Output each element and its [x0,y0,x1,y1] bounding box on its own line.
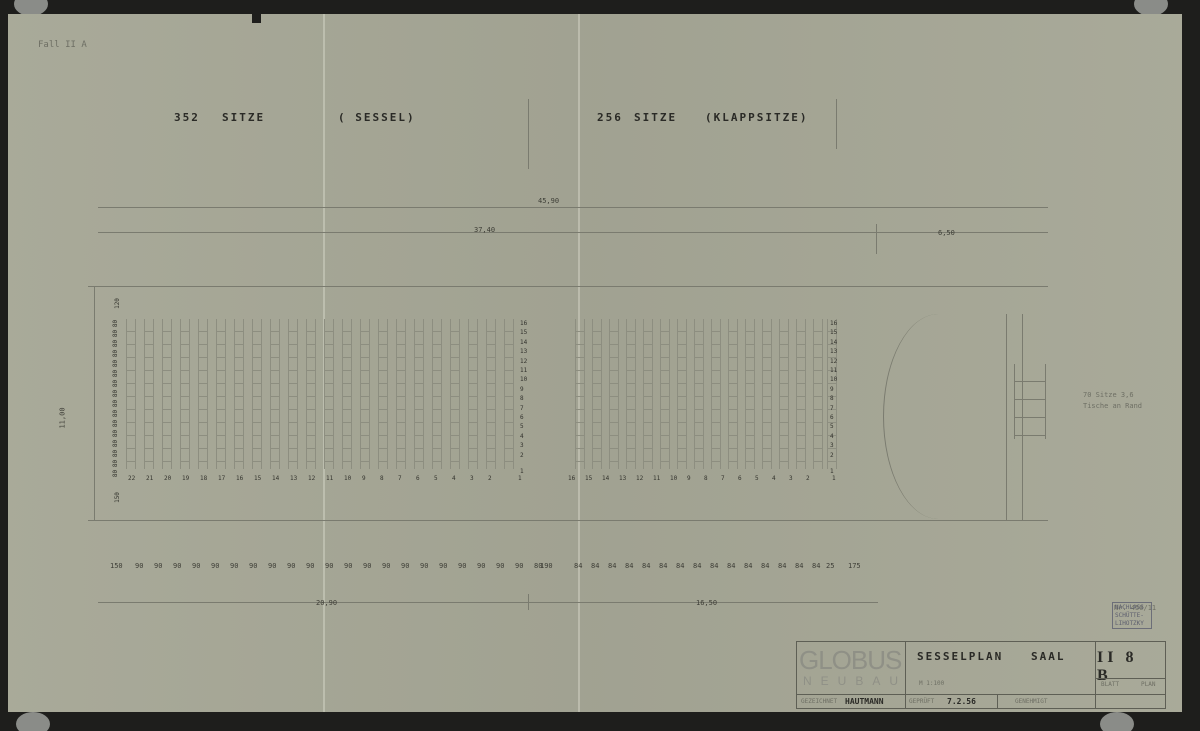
mount-pin [1100,712,1134,731]
left-seat-type: ( SESSEL) [338,111,416,124]
dimension-left-section: 20,90 [316,599,337,607]
checked-label: GEPRÜFT [909,698,934,705]
side-note: 70 Sitze 3,6 Tische an Rand [1083,390,1163,412]
plan-label: PLAN [1141,681,1155,688]
corner-note: Fall II A [38,40,87,50]
dimension-right-section: 16,50 [696,599,717,607]
left-seat-count: 352 [174,111,200,124]
stage-wall [1006,314,1007,520]
dimension-total: 45,90 [538,197,559,205]
room-name: SAAL [1031,650,1066,663]
section-dimension-line [98,602,878,603]
bottom-wall [88,520,1048,521]
stairs [1014,364,1046,439]
dimension-line-total [98,207,1048,208]
stage-outline [883,314,994,519]
tear-notch [252,14,261,23]
dimension-line-seating [98,232,1048,233]
title-block: GLOBUS NEUBAU SESSELPLAN SAAL M 1:100 II… [796,641,1166,709]
dimension-stage: 6,50 [938,229,955,237]
plan-title: SESSELPLAN [917,650,1003,663]
bottom-spacing-middle: 190 [540,562,553,570]
scale-label: M 1:100 [919,680,944,687]
date: 7.2.56 [947,697,976,706]
neubau-label: NEUBAU [803,674,907,688]
drawing-sheet: Fall II A 352 SITZE ( SESSEL) 256 SITZE … [8,14,1182,712]
dimension-tick [876,224,877,254]
plan-code: II 8 B [1097,649,1157,685]
left-seat-label: SITZE [222,111,265,124]
drawn-by: HAUTMANN [845,697,884,706]
dimension-tick [528,594,529,610]
top-wall [88,286,1048,287]
divider-line [528,99,529,169]
drawn-by-label: GEZEICHNET [801,698,837,705]
right-seat-type: (KLAPPSITZE) [705,111,808,124]
sheet-label: BLATT [1101,681,1119,688]
globus-logo: GLOBUS [799,645,901,676]
right-seat-label: SITZE [634,111,677,124]
divider-line [836,99,837,149]
right-seat-block [575,319,835,469]
archive-stamp: NACHLASS SCHÜTTE- LIHOTZKY [1112,602,1152,629]
dimension-seating: 37,40 [474,226,495,234]
dimension-depth: 11,00 [59,407,67,428]
mount-pin [16,712,50,731]
right-seat-count: 256 [597,111,623,124]
left-wall [94,286,95,520]
approved-label: GENEHMIGT [1015,698,1048,705]
left-seat-block [126,319,521,469]
